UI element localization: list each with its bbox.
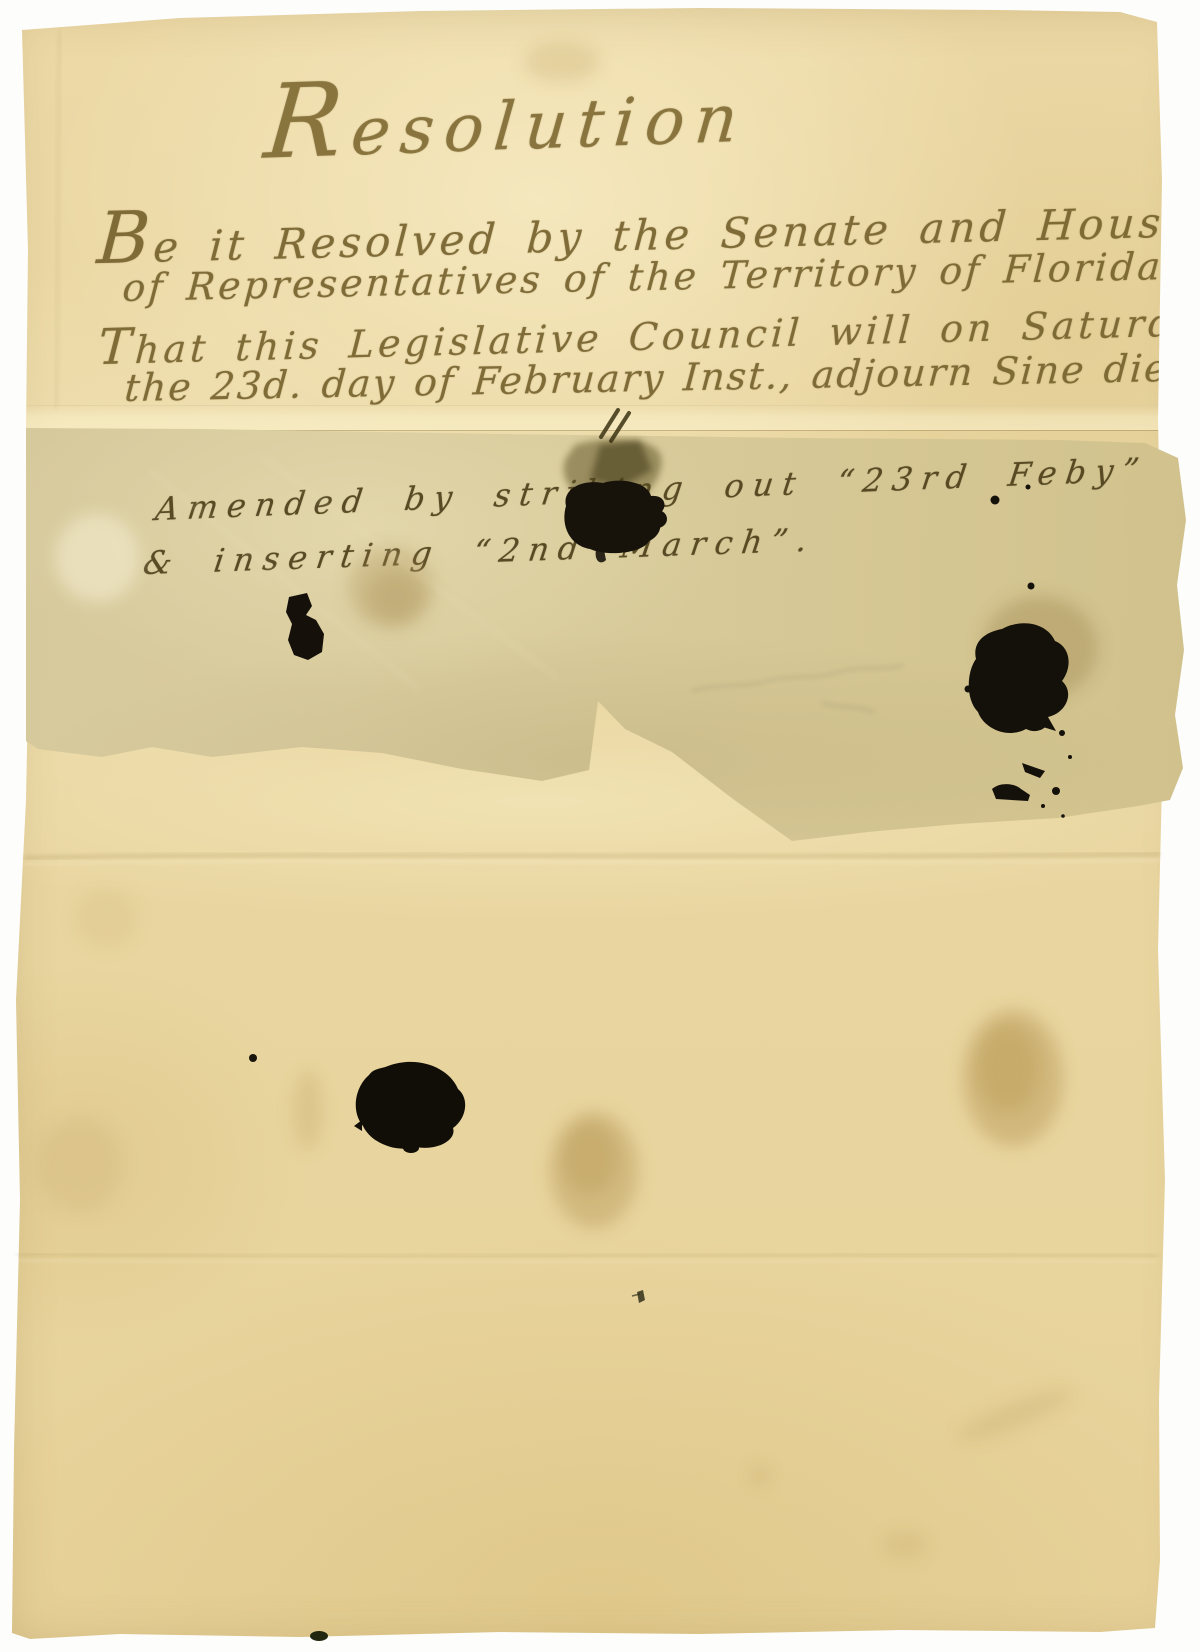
scene: Resolution Be it Resolved by the Senate … bbox=[0, 0, 1200, 1652]
document-page: Resolution Be it Resolved by the Senate … bbox=[0, 0, 1200, 1652]
page-title: Resolution bbox=[242, 50, 772, 181]
amendment-line-1: Amended by striking out “23rd Feby” bbox=[153, 452, 1150, 527]
amendment-line-2: & inserting “2nd March”. bbox=[141, 523, 818, 582]
